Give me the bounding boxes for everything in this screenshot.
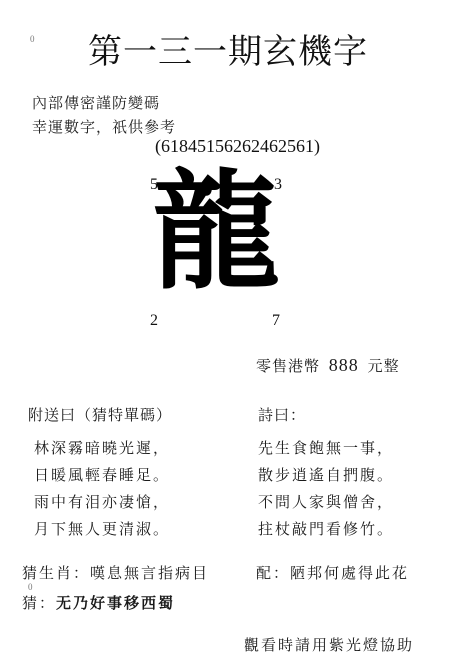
price-suffix: 元整 [368,357,400,375]
intro-line-lucky: 幸運數字，祇供參考 [32,116,176,137]
number-bottom-left: 2 [150,312,158,330]
left-poem: 附送曰（猜特單碼） 林深霧暗曉光遲， 日暖風輕春睡足。 雨中有泪亦凄愴， 月下無… [28,404,172,543]
feature-character: 龍 [152,168,280,296]
poem-line: 散步逍遙自捫腹。 [258,462,394,489]
poem-line: 林深霧暗曉光遲， [34,435,172,462]
pair-clue: 陋邦何處得此花 [290,564,409,582]
guess-clue: 无乃好事移西蜀 [56,594,175,612]
corner-marker: 0 [30,34,35,44]
price-amount: 888 [329,355,359,375]
poem-line: 拄杖敲門看修竹。 [258,516,394,543]
left-poem-heading: 附送曰（猜特單碼） [28,404,172,425]
pair-riddle: 配：陋邦何處得此花 [256,560,409,587]
poem-line: 不問人家與僧舍， [258,489,394,516]
intro-line-secret: 內部傳密謹防變碼 [32,92,160,113]
pair-label: 配： [256,564,290,582]
price-prefix: 零售港幣 [256,357,320,375]
zodiac-clue: 嘆息無言指病目 [90,564,209,582]
poem-line: 日暖風輕春睡足。 [34,462,172,489]
footer-note: 觀看時請用紫光燈協助 [244,632,414,659]
poem-line: 月下無人更清淑。 [34,516,172,543]
page-title: 第一三一期玄機字 [88,24,368,73]
poem-line: 先生食飽無一事， [258,435,394,462]
guess-label: 猜： [22,594,56,612]
poem-line: 雨中有泪亦凄愴， [34,489,172,516]
zodiac-label: 猜生肖： [22,564,90,582]
right-poem-heading: 詩曰： [258,404,394,425]
zodiac-riddle: 猜生肖：嘆息無言指病目 [22,560,209,587]
number-bottom-right: 7 [272,312,280,330]
retail-price: 零售港幣 888 元整 [256,355,400,376]
lucky-numbers: (61845156262462561) [155,136,320,157]
guess-riddle: 猜：无乃好事移西蜀 [22,590,175,617]
right-poem: 詩曰： 先生食飽無一事， 散步逍遙自捫腹。 不問人家與僧舍， 拄杖敲門看修竹。 [258,404,394,543]
